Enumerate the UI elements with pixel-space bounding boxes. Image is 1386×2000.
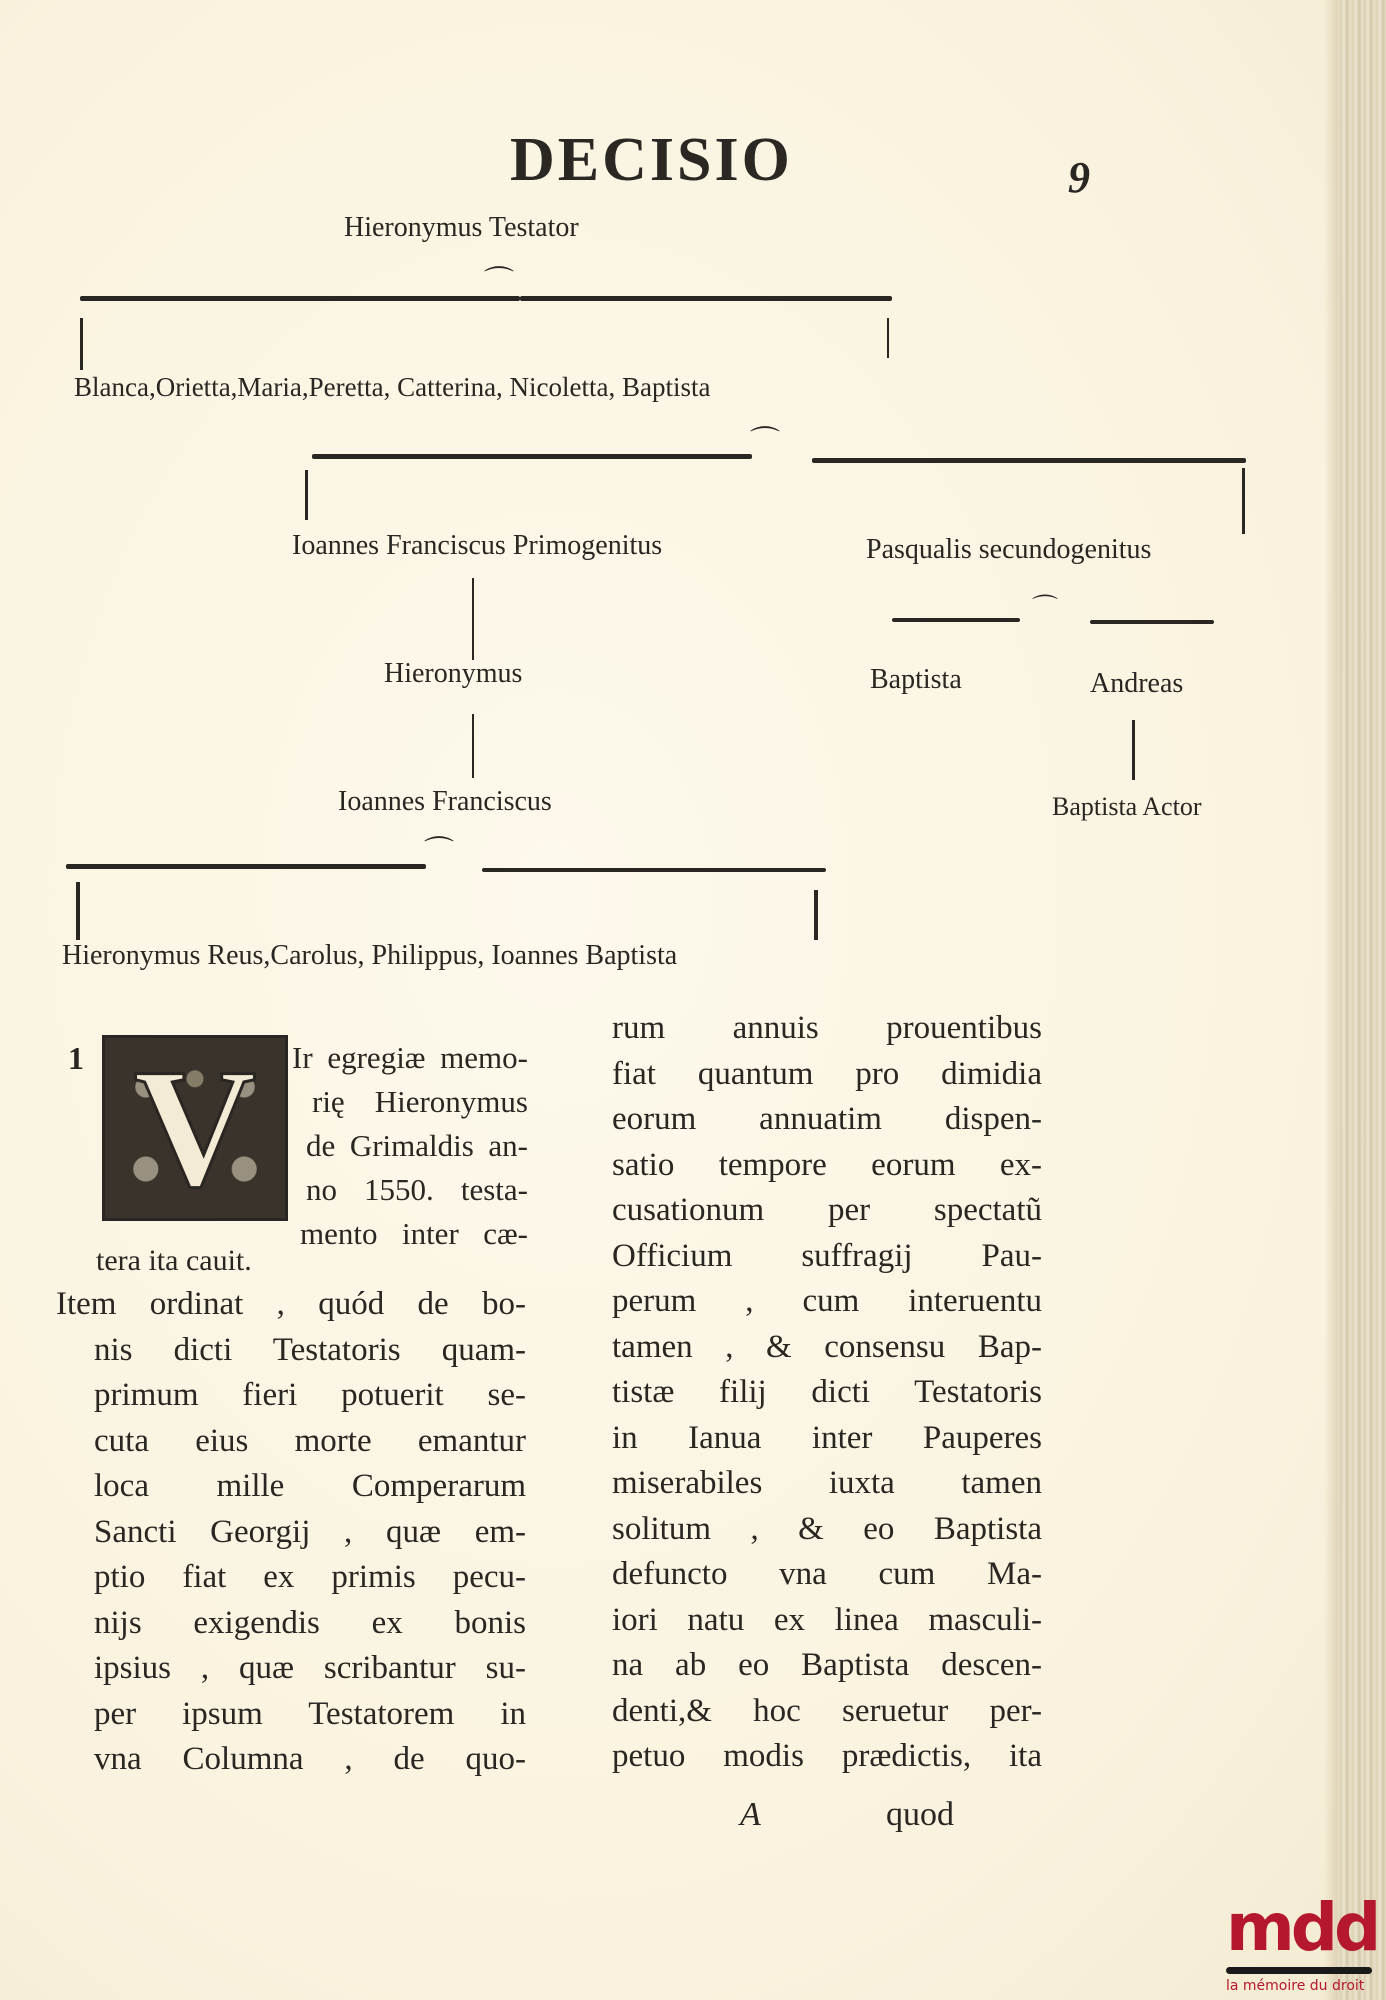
tree-connector	[887, 318, 889, 358]
text-line: vna Columna , de quo-	[94, 1737, 526, 1783]
text-line: primum fieri potuerit se-	[94, 1373, 526, 1419]
tree-connector	[1242, 468, 1245, 534]
text-line: loca mille Comperarum	[94, 1464, 526, 1510]
tree-connector	[812, 458, 1246, 463]
left-column: Item ordinat , quód de bo- nis dicti Tes…	[56, 1282, 526, 1783]
tree-connector	[482, 868, 826, 872]
tree-brace-icon: ⌒	[424, 838, 454, 868]
tree-connector	[472, 578, 474, 660]
tree-connector	[520, 296, 892, 301]
tree-second-line-grandson: Baptista Actor	[1052, 792, 1201, 822]
intro-line-last: tera ita cauit.	[96, 1244, 252, 1278]
page-number: 9	[1068, 152, 1090, 203]
text-line: nijs exigendis ex bonis	[94, 1601, 526, 1647]
text-line: na ab eo Baptista descen-	[612, 1643, 1042, 1689]
tree-connector	[66, 864, 426, 869]
tree-great-grandchildren: Hieronymus Reus,Carolus, Philippus, Ioan…	[62, 940, 677, 972]
intro-paragraph: Ir egregiæ memo- rię Hieronymus de Grima…	[292, 1036, 528, 1256]
tree-brace-icon: ⌒	[484, 268, 514, 298]
text-line: solitum , & eo Baptista	[612, 1507, 1042, 1553]
logo-tagline: la mémoire du droit	[1226, 1978, 1376, 1994]
intro-line: de Grimaldis an-	[292, 1124, 528, 1168]
tree-children-row: Blanca,Orietta,Maria,Peretta, Catterina,…	[74, 372, 711, 403]
text-line: tistæ filij dicti Testatoris	[612, 1370, 1042, 1416]
text-line: denti,& hoc seruetur per-	[612, 1689, 1042, 1735]
text-line: fiat quantum pro dimidia	[612, 1052, 1042, 1098]
tree-connector	[472, 714, 474, 778]
watermark-logo: mdd la mémoire du droit	[1226, 1895, 1376, 1994]
intro-line: no 1550. testa-	[292, 1168, 528, 1212]
book-page: DECISIO 9 Hieronymus Testator ⌒ Blanca,O…	[0, 0, 1386, 2000]
tree-connector	[814, 890, 818, 940]
intro-line: Ir egregiæ memo-	[292, 1036, 528, 1080]
text-line: per ipsum Testatorem in	[94, 1692, 526, 1738]
right-column: rum annuis prouentibus fiat quantum pro …	[612, 1006, 1042, 1780]
tree-second-son: Pasqualis secundogenitus	[866, 534, 1151, 566]
text-line: rum annuis prouentibus	[612, 1006, 1042, 1052]
text-line: petuo modis prædictis, ita	[612, 1734, 1042, 1780]
tree-first-son: Ioannes Franciscus Primogenitus	[292, 530, 662, 562]
text-line: cusationum per spectatũ	[612, 1188, 1042, 1234]
tree-connector	[76, 882, 80, 940]
mdd-logo-icon: mdd	[1226, 1895, 1376, 1961]
tree-brace-icon: ⌒	[1032, 596, 1058, 622]
catchword: quod	[886, 1796, 954, 1834]
tree-root-testator: Hieronymus Testator	[344, 212, 579, 244]
tree-connector	[1132, 720, 1135, 780]
text-line: in Ianua inter Pauperes	[612, 1416, 1042, 1462]
logo-divider	[1226, 1967, 1372, 1974]
text-line: miserabiles iuxta tamen	[612, 1461, 1042, 1507]
text-line: perum , cum interuentu	[612, 1279, 1042, 1325]
text-line: Item ordinat , quód de bo-	[56, 1282, 526, 1328]
text-line: defuncto vna cum Ma-	[612, 1552, 1042, 1598]
page-title: DECISIO	[510, 125, 793, 196]
text-line: iori natu ex linea masculi-	[612, 1598, 1042, 1644]
signature-mark: A	[740, 1796, 761, 1834]
marginal-number: 1	[68, 1040, 84, 1077]
text-line: ipsius , quæ scribantur su-	[94, 1646, 526, 1692]
tree-connector	[892, 618, 1020, 622]
tree-connector	[80, 318, 83, 370]
book-page-edges	[1338, 0, 1386, 2000]
intro-line: mento inter cæ-	[292, 1212, 528, 1256]
tree-connector	[312, 454, 752, 459]
tree-first-line-grandson: Ioannes Franciscus	[338, 786, 552, 818]
drop-cap-letter: V	[134, 1043, 257, 1213]
tree-second-line-son-1: Baptista	[870, 664, 962, 696]
text-line: satio tempore eorum ex-	[612, 1143, 1042, 1189]
page-edge-shadow	[1324, 0, 1338, 2000]
tree-first-line-son: Hieronymus	[384, 658, 522, 690]
tree-second-line-son-2: Andreas	[1090, 668, 1183, 700]
tree-connector	[305, 470, 308, 520]
text-line: tamen , & consensu Bap-	[612, 1325, 1042, 1371]
text-line: Sancti Georgij , quæ em-	[94, 1510, 526, 1556]
text-line: ptio fiat ex primis pecu-	[94, 1555, 526, 1601]
text-line: cuta eius morte emantur	[94, 1419, 526, 1465]
text-line: Officium suffragij Pau-	[612, 1234, 1042, 1280]
text-line: eorum annuatim dispen-	[612, 1097, 1042, 1143]
tree-connector	[80, 296, 520, 301]
tree-connector	[1090, 620, 1214, 624]
ornamental-drop-cap: V	[102, 1035, 288, 1221]
intro-line: rię Hieronymus	[292, 1080, 528, 1124]
tree-brace-icon: ⌒	[750, 428, 780, 458]
text-line: nis dicti Testatoris quam-	[94, 1328, 526, 1374]
